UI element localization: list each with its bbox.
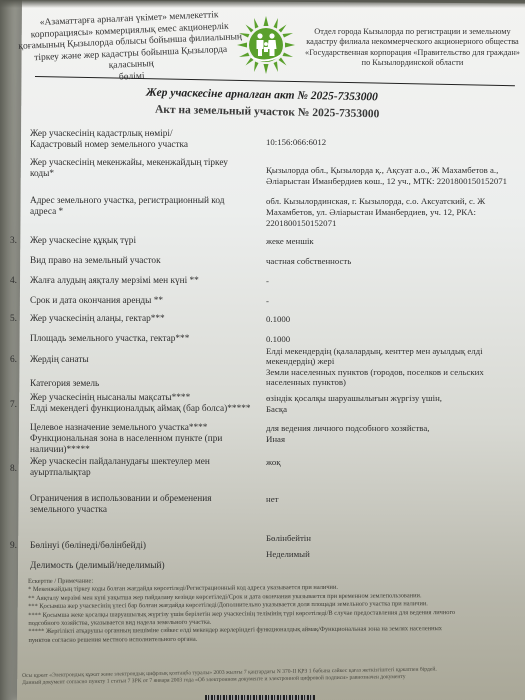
restrictions-ru-value: нет — [266, 494, 516, 505]
label-ru: Кадастровый номер земельного участка — [30, 140, 270, 151]
family-sun-emblem-icon — [235, 14, 297, 76]
footnotes: Ескертпе / Примечание: * Мекенжайдың тір… — [28, 575, 525, 646]
purpose-kz-value: өзіндік қосалқы шаруашылығын жүргізу үші… — [266, 393, 516, 404]
label-ru: Категория земель — [30, 379, 250, 390]
zone-ru-value: Иная — [266, 434, 516, 445]
label-kz: Жер учаскесінің алаңы, гектар*** — [30, 314, 250, 325]
label-kz: Бөлінуі (бөлінеді/бөлінбейді) — [30, 541, 250, 552]
act-title-ru: Акт на земельный участок № 2025-7353000 — [155, 104, 380, 121]
area-ru-value: 0.1000 — [266, 334, 516, 345]
lease-term-kz-value: - — [266, 276, 516, 287]
divisibility-kz-value: Бөлінбейтін — [266, 533, 516, 544]
right-type-kz-value: жеке меншік — [266, 236, 516, 247]
issuer-ru-line: кадастру филиала некоммерческого акционе… — [300, 37, 525, 47]
row-number: 9. — [10, 541, 17, 551]
label-kz: Жер учаскесіне құқық түрі — [30, 236, 250, 247]
row-number: 7. — [10, 400, 17, 410]
cadastral-number-value: 10:156:066:6012 — [266, 137, 516, 148]
label-kz: Жер учаскесінің мекенжайы, мекенжайдың т… — [30, 158, 245, 180]
row-number: 3. — [10, 236, 17, 246]
address-ru-value: обл. Кызылординская, г. Кызылорда, с.о. … — [266, 196, 525, 229]
issuer-ru-line: Отдел города Кызылорда по регистрации и … — [300, 27, 525, 37]
label-ru: Срок и дата окончания аренды ** — [30, 296, 250, 307]
label-kz: Жердің санаты — [30, 355, 250, 366]
label-kz: Жер учаскесінің нысаналы мақсаты**** — [30, 393, 290, 404]
row-number: 6. — [10, 355, 17, 365]
address-kz-value: Қызылорда обл., Қызылорда қ., Ақсуат а.о… — [266, 165, 525, 187]
zone-kz-value: Басқа — [266, 404, 516, 415]
land-category-kz-value: Елді мекендердің (қалалардың, кенттер ме… — [266, 346, 525, 366]
label-ru: Целевое назначение земельного участка***… — [30, 423, 250, 434]
divisibility-ru-value: Неделимый — [266, 549, 516, 560]
label-ru: Делимость (делимый/неделимый) — [30, 561, 250, 572]
label-ru-zone: Функциональная зона в населенном пункте … — [30, 434, 245, 456]
issuer-ru: Отдел города Кызылорда по регистрации и … — [300, 27, 525, 68]
label-ru: Ограничения в использовании и обременени… — [30, 494, 235, 516]
label-ru: Площадь земельного участка, гектар*** — [30, 334, 250, 345]
row-number: 5. — [10, 314, 17, 324]
legal-notice: Осы құжат «Электрондық құжат және электр… — [22, 665, 525, 688]
document-content: «Азаматтарға арналған үкімет» мемлекетті… — [0, 0, 525, 700]
row-number: 4. — [10, 276, 17, 286]
label-kz: Жер учаскесін пайдаланудағы шектеулер ме… — [30, 457, 235, 479]
label-ru: Вид право на земельный участок — [30, 256, 250, 267]
right-type-ru-value: частная собственность — [266, 256, 516, 267]
restrictions-kz-value: жоқ — [266, 457, 516, 468]
issuer-ru-line: по Кызылординской области — [300, 58, 525, 68]
label-ru: Адрес земельного участка, регистрационны… — [30, 196, 245, 218]
area-kz-value: 0.1000 — [266, 314, 516, 325]
issuer-ru-line: «Государственная корпорация «Правительст… — [300, 48, 525, 58]
act-title-kz: Жер учаскесіне арналған акт № 2025-73530… — [146, 87, 378, 104]
row-number: 8. — [10, 464, 17, 474]
barcode — [205, 695, 315, 700]
lease-term-ru-value: - — [266, 296, 516, 307]
land-category-ru-value: Земли населенных пунктов (городов, посел… — [266, 367, 525, 387]
label-kz: Жер учаскесінің кадастрлық нөмірі/ — [30, 129, 270, 140]
label-kz: Жалға алудың аяқталу мерзімі мен күні ** — [30, 276, 250, 287]
purpose-ru-value: для ведения личного подсобного хозяйства… — [266, 423, 516, 434]
label-kz-zone: Елді мекендегі функционалдық аймақ (бар … — [30, 404, 290, 415]
